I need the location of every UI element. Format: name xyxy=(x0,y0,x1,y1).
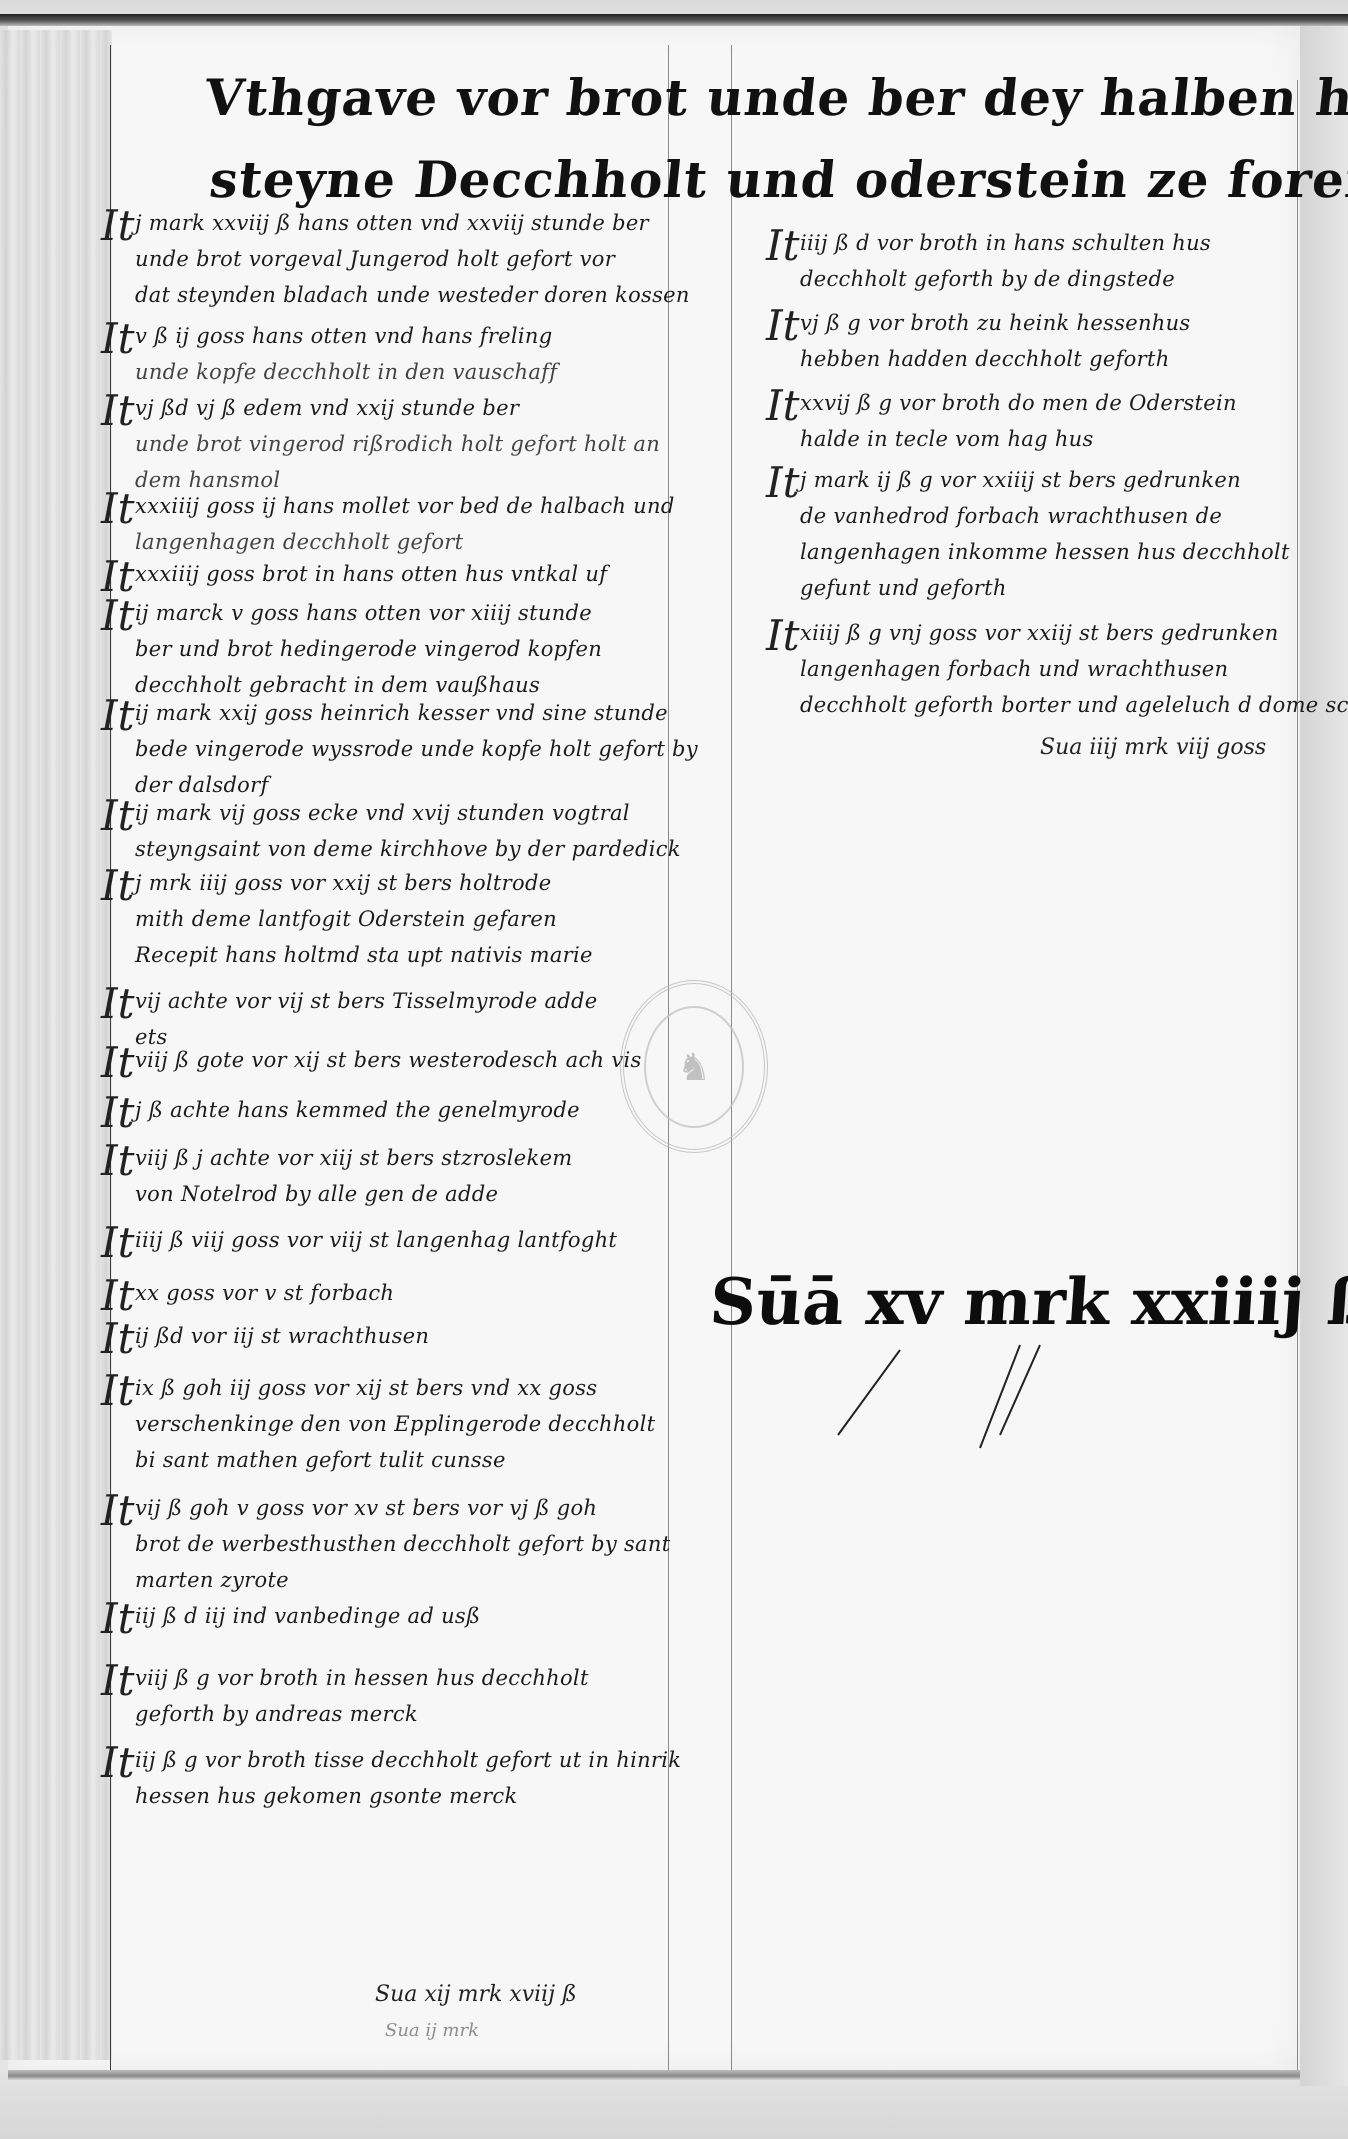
ledger-entry: It ij ßd vor iij st wrachthusen xyxy=(135,1318,429,1354)
entry-line: verschenkinge den von Epplingerode decch… xyxy=(135,1406,655,1442)
ledger-entry: It xxxiiij goss brot in hans otten hus v… xyxy=(135,556,607,592)
item-marker: It xyxy=(101,691,134,740)
entry-line: xiiij ß g vnj goss vor xxiij st bers ged… xyxy=(800,615,1348,651)
item-marker: It xyxy=(101,1218,134,1267)
entry-line: gefunt und geforth xyxy=(800,570,1290,606)
entry-line: vj ßd vj ß edem vnd xxij stunde ber xyxy=(135,390,660,426)
entry-line: dat steynden bladach unde westeder doren… xyxy=(135,277,690,313)
item-marker: It xyxy=(766,381,799,430)
entry-line: v ß ij goss hans otten vnd hans freling xyxy=(135,318,557,354)
entry-line: xxvij ß g vor broth do men de Oderstein xyxy=(800,385,1237,421)
entry-line: Recepit hans holtmd sta upt nativis mari… xyxy=(135,937,593,973)
ledger-entry: It viij ß j achte vor xiij st bers stzro… xyxy=(135,1140,573,1212)
item-marker: It xyxy=(101,1594,134,1643)
item-marker: It xyxy=(101,791,134,840)
item-marker: It xyxy=(101,1038,134,1087)
entry-line: j mark xxviij ß hans otten vnd xxviij st… xyxy=(135,205,690,241)
entry-line: unde kopfe decchholt in den vauschaff xyxy=(135,354,557,390)
entry-line: ij marck v goss hans otten vor xiiij stu… xyxy=(135,595,602,631)
entry-line: unde brot vingerod rißrodich holt gefort… xyxy=(135,426,660,462)
entry-line: xx goss vor v st forbach xyxy=(135,1275,394,1311)
ledger-entry: It ix ß goh iij goss vor xij st bers vnd… xyxy=(135,1370,655,1478)
item-marker: It xyxy=(101,1088,134,1137)
entry-line: brot de werbesthusthen decchholt gefort … xyxy=(135,1526,670,1562)
entry-line: ij mark xxij goss heinrich kesser vnd si… xyxy=(135,695,698,731)
entry-line: bi sant mathen gefort tulit cunsse xyxy=(135,1442,655,1478)
item-marker: It xyxy=(101,1366,134,1415)
entry-line: ij mark vij goss ecke vnd xvij stunden v… xyxy=(135,795,681,831)
ledger-entry: It vij ß goh v goss vor xv st bers vor v… xyxy=(135,1490,670,1598)
ledger-entry: It j mrk iiij goss vor xxij st bers holt… xyxy=(135,865,593,973)
entry-line: von Notelrod by alle gen de adde xyxy=(135,1176,573,1212)
page-heading-line-1: Vthgave vor brot unde ber dey halben hol… xyxy=(202,68,1348,127)
archive-seal-stamp: ♞ xyxy=(620,980,768,1153)
entry-line: hebben hadden decchholt geforth xyxy=(800,341,1191,377)
item-marker: It xyxy=(101,484,134,533)
ledger-entry: It vj ß g vor broth zu heink hessenhus h… xyxy=(800,305,1191,377)
item-marker: It xyxy=(101,861,134,910)
lion-emblem-icon: ♞ xyxy=(644,1006,744,1128)
entry-line: viij ß j achte vor xiij st bers stzrosle… xyxy=(135,1140,573,1176)
facing-page-edge xyxy=(1300,26,1348,2086)
entry-line: viij ß g vor broth in hessen hus decchho… xyxy=(135,1660,589,1696)
ledger-entry: It v ß ij goss hans otten vnd hans freli… xyxy=(135,318,557,390)
total-flourish-strokes xyxy=(830,1330,1070,1450)
entry-line: geforth by andreas merck xyxy=(135,1696,589,1732)
entry-line: marten zyrote xyxy=(135,1562,670,1598)
item-marker: It xyxy=(101,1271,134,1320)
entry-line: halde in tecle vom hag hus xyxy=(800,421,1237,457)
page-top-edge xyxy=(0,14,1348,26)
entry-line: langenhagen forbach und wrachthusen xyxy=(800,651,1348,687)
entry-line: vij ß goh v goss vor xv st bers vor vj ß… xyxy=(135,1490,670,1526)
item-marker: It xyxy=(766,611,799,660)
entry-line: langenhagen inkomme hessen hus decchholt xyxy=(800,534,1290,570)
item-marker: It xyxy=(101,979,134,1028)
item-marker: It xyxy=(766,458,799,507)
ledger-entry: It ij mark vij goss ecke vnd xvij stunde… xyxy=(135,795,681,867)
entry-line: j mark ij ß g vor xxiiij st bers gedrunk… xyxy=(800,462,1290,498)
ledger-entry: It iij ß g vor broth tisse decchholt gef… xyxy=(135,1742,681,1814)
entry-line: langenhagen decchholt gefort xyxy=(135,524,675,560)
item-marker: It xyxy=(766,301,799,350)
entry-line: iij ß d iij ind vanbedinge ad usß xyxy=(135,1598,480,1634)
item-marker: It xyxy=(101,1738,134,1787)
entry-line: xxxiiij goss ij hans mollet vor bed de h… xyxy=(135,488,675,524)
ledger-entry: It viij ß g vor broth in hessen hus decc… xyxy=(135,1660,589,1732)
entry-line: vj ß g vor broth zu heink hessenhus xyxy=(800,305,1191,341)
right-column-subtotal: Sua iiij mrk viij goss xyxy=(1040,735,1266,760)
ledger-entry: It ij marck v goss hans otten vor xiiij … xyxy=(135,595,602,703)
ledger-entry: It xxxiiij goss ij hans mollet vor bed d… xyxy=(135,488,675,560)
grand-total: Sūā xv mrk xxiiij ß xyxy=(707,1265,1348,1340)
entry-line: ber und brot hedingerode vingerod kopfen xyxy=(135,631,602,667)
entry-line: mith deme lantfogit Oderstein gefaren xyxy=(135,901,593,937)
ledger-entry: It iiij ß viij goss vor viij st langenha… xyxy=(135,1222,617,1258)
ledger-entry: It viij ß gote vor xij st bers westerode… xyxy=(135,1042,642,1078)
ledger-entry: It xxvij ß g vor broth do men de Oderste… xyxy=(800,385,1237,457)
page-heading-line-2: steyne Decchholt und oderstein ze foren xyxy=(207,150,1348,209)
entry-line: j mrk iiij goss vor xxij st bers holtrod… xyxy=(135,865,593,901)
ledger-entry: It xx goss vor v st forbach xyxy=(135,1275,394,1311)
entry-line: hessen hus gekomen gsonte merck xyxy=(135,1778,681,1814)
page-total-bottom: Sua xij mrk xviij ß xyxy=(375,1982,577,2007)
entry-line: de vanhedrod forbach wrachthusen de xyxy=(800,498,1290,534)
ledger-entry: It j ß achte hans kemmed the genelmyrode xyxy=(135,1092,580,1128)
entry-line: xxxiiij goss brot in hans otten hus vntk… xyxy=(135,556,607,592)
item-marker: It xyxy=(101,1136,134,1185)
item-marker: It xyxy=(101,1314,134,1363)
page-total-bottom-faint: Sua ij mrk xyxy=(385,2020,479,2041)
entry-line: decchholt geforth by de dingstede xyxy=(800,261,1211,297)
item-marker: It xyxy=(101,1656,134,1705)
item-marker: It xyxy=(101,314,134,363)
entry-line: vij achte vor vij st bers Tisselmyrode a… xyxy=(135,983,598,1019)
item-marker: It xyxy=(101,386,134,435)
entry-line: iiij ß viij goss vor viij st langenhag l… xyxy=(135,1222,617,1258)
entry-line: iiij ß d vor broth in hans schulten hus xyxy=(800,225,1211,261)
right-margin-rule xyxy=(1297,80,1298,2070)
item-marker: It xyxy=(101,201,134,250)
entry-line: iij ß g vor broth tisse decchholt gefort… xyxy=(135,1742,681,1778)
entry-line: ij ßd vor iij st wrachthusen xyxy=(135,1318,429,1354)
ledger-entry: It ij mark xxij goss heinrich kesser vnd… xyxy=(135,695,698,803)
entry-line: bede vingerode wyssrode unde kopfe holt … xyxy=(135,731,698,767)
ledger-entry: It xiiij ß g vnj goss vor xxiij st bers … xyxy=(800,615,1348,723)
entry-line: viij ß gote vor xij st bers westerodesch… xyxy=(135,1042,642,1078)
ledger-entry: It iij ß d iij ind vanbedinge ad usß xyxy=(135,1598,480,1634)
entry-line: j ß achte hans kemmed the genelmyrode xyxy=(135,1092,580,1128)
item-marker: It xyxy=(766,221,799,270)
item-marker: It xyxy=(101,1486,134,1535)
ledger-entry: It j mark xxviij ß hans otten vnd xxviij… xyxy=(135,205,690,313)
page-bottom-edge xyxy=(8,2070,1300,2080)
entry-line: ix ß goh iij goss vor xij st bers vnd xx… xyxy=(135,1370,655,1406)
item-marker: It xyxy=(101,591,134,640)
ledger-entry: It vj ßd vj ß edem vnd xxij stunde ber u… xyxy=(135,390,660,498)
binding-gutter xyxy=(0,30,112,2060)
ledger-entry: It iiij ß d vor broth in hans schulten h… xyxy=(800,225,1211,297)
entry-line: decchholt geforth borter und ageleluch d… xyxy=(800,687,1348,723)
entry-line: steyngsaint von deme kirchhove by der pa… xyxy=(135,831,681,867)
ledger-entry: It j mark ij ß g vor xxiiij st bers gedr… xyxy=(800,462,1290,606)
entry-line: unde brot vorgeval Jungerod holt gefort … xyxy=(135,241,690,277)
